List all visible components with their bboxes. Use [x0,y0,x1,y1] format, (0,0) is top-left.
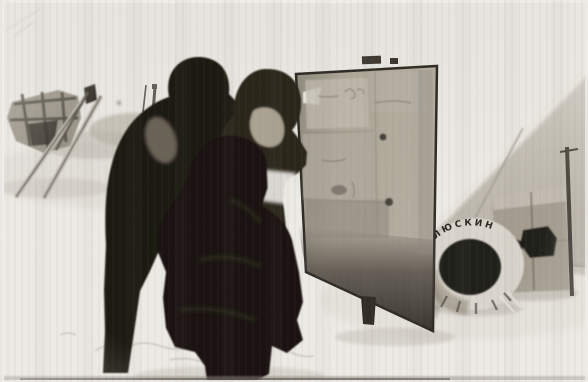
photo-canvas: ЕЛЮСКИН [0,0,588,382]
grain-texture [0,0,588,382]
photograph: ЕЛЮСКИН [0,0,588,382]
